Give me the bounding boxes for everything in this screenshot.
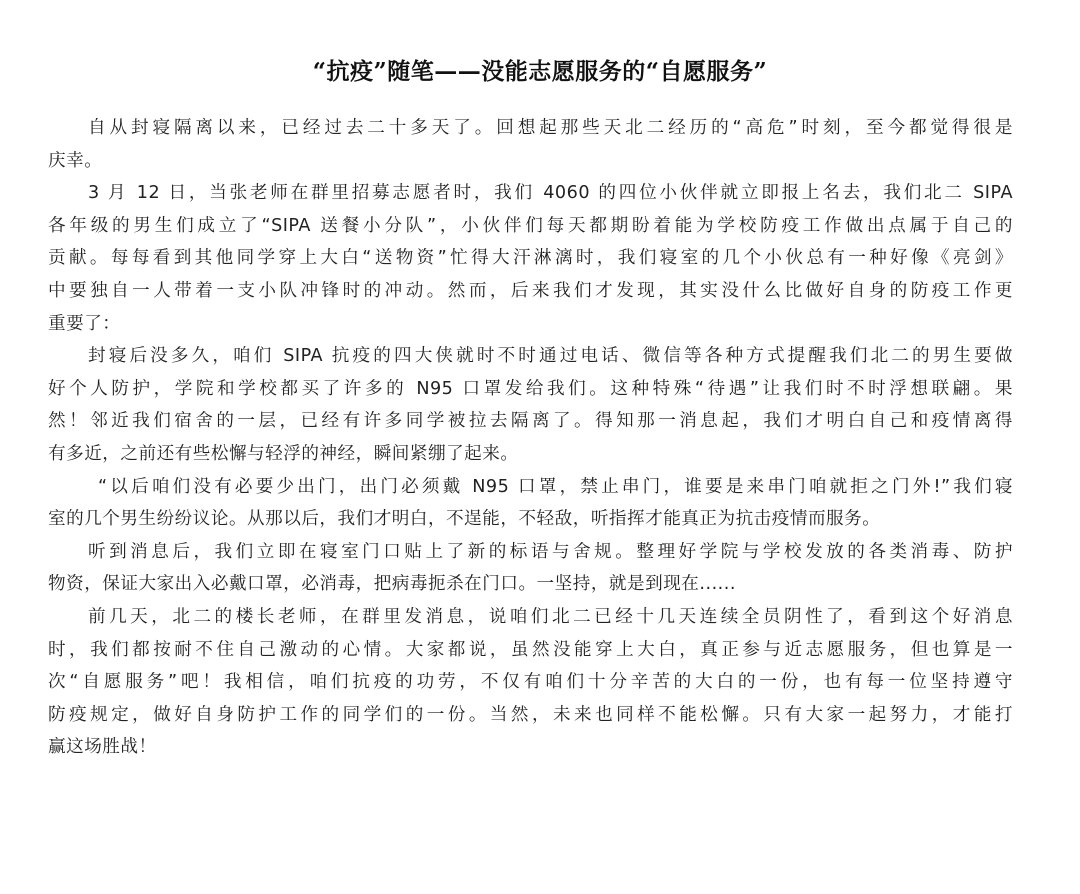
text-line: 中要独自一人带着一支小队冲锋时的冲动。然而，后来我们才发现，其实没什么比做好自身… bbox=[48, 275, 1013, 308]
text-line: 封寝后没多久，咱们 SIPA 抗疫的四大侠就时不时通过电话、微信等各种方式提醒我… bbox=[48, 340, 1013, 373]
document-page: “抗疫”随笔——没能志愿服务的“自愿服务” 自从封寝隔离以来，已经过去二十多天了… bbox=[0, 0, 1080, 894]
text-line: 各年级的男生们成立了“SIPA 送餐小分队”，小伙伴们每天都期盼着能为学校防疫工… bbox=[48, 210, 1013, 243]
text-line: 有多近，之前还有些松懈与轻浮的神经，瞬间紧绷了起来。 bbox=[48, 438, 1013, 471]
text-line: 听到消息后，我们立即在寝室门口贴上了新的标语与舍规。整理好学院与学校发放的各类消… bbox=[48, 536, 1013, 569]
text-line: 好个人防护，学院和学校都买了许多的 N95 口罩发给我们。这种特殊“待遇”让我们… bbox=[48, 373, 1013, 406]
paragraph-6: 前几天，北二的楼长老师，在群里发消息，说咱们北二已经十几天连续全员阴性了，看到这… bbox=[48, 601, 1013, 764]
text-line: 防疫规定，做好自身防护工作的同学们的一份。当然，未来也同样不能松懈。只有大家一起… bbox=[48, 699, 1013, 732]
text-line: 时，我们都按耐不住自己激动的心情。大家都说，虽然没能穿上大白，真正参与近志愿服务… bbox=[48, 634, 1013, 667]
text-line: 贡献。每每看到其他同学穿上大白“送物资”忙得大汗淋漓时，我们寝室的几个小伙总有一… bbox=[48, 242, 1013, 275]
paragraph-5: 听到消息后，我们立即在寝室门口贴上了新的标语与舍规。整理好学院与学校发放的各类消… bbox=[48, 536, 1013, 601]
document-title: “抗疫”随笔——没能志愿服务的“自愿服务” bbox=[0, 56, 1080, 88]
paragraph-2: 3 月 12 日，当张老师在群里招募志愿者时，我们 4060 的四位小伙伴就立即… bbox=[48, 177, 1013, 340]
paragraph-1: 自从封寝隔离以来，已经过去二十多天了。回想起那些天北二经历的“高危”时刻，至今都… bbox=[48, 112, 1013, 177]
text-line: 赢这场胜战！ bbox=[48, 731, 1013, 764]
paragraph-4: “以后咱们没有必要少出门，出门必须戴 N95 口罩，禁止串门，谁要是来串门咱就拒… bbox=[48, 471, 1013, 536]
text-line: “以后咱们没有必要少出门，出门必须戴 N95 口罩，禁止串门，谁要是来串门咱就拒… bbox=[48, 471, 1013, 504]
document-body: 自从封寝隔离以来，已经过去二十多天了。回想起那些天北二经历的“高危”时刻，至今都… bbox=[48, 112, 1013, 764]
text-line: 然！邻近我们宿舍的一层，已经有许多同学被拉去隔离了。得知那一消息起，我们才明白自… bbox=[48, 405, 1013, 438]
text-line: 庆幸。 bbox=[48, 145, 1013, 178]
text-line: 前几天，北二的楼长老师，在群里发消息，说咱们北二已经十几天连续全员阴性了，看到这… bbox=[48, 601, 1013, 634]
paragraph-3: 封寝后没多久，咱们 SIPA 抗疫的四大侠就时不时通过电话、微信等各种方式提醒我… bbox=[48, 340, 1013, 470]
text-line: 自从封寝隔离以来，已经过去二十多天了。回想起那些天北二经历的“高危”时刻，至今都… bbox=[48, 112, 1013, 145]
text-line: 室的几个男生纷纷议论。从那以后，我们才明白，不逞能，不轻敌，听指挥才能真正为抗击… bbox=[48, 503, 1013, 536]
text-line: 次“自愿服务”吧！我相信，咱们抗疫的功劳，不仅有咱们十分辛苦的大白的一份，也有每… bbox=[48, 666, 1013, 699]
text-line: 重要了： bbox=[48, 308, 1013, 341]
text-line: 3 月 12 日，当张老师在群里招募志愿者时，我们 4060 的四位小伙伴就立即… bbox=[48, 177, 1013, 210]
text-line: 物资，保证大家出入必戴口罩，必消毒，把病毒扼杀在门口。一坚持，就是到现在....… bbox=[48, 568, 1013, 601]
